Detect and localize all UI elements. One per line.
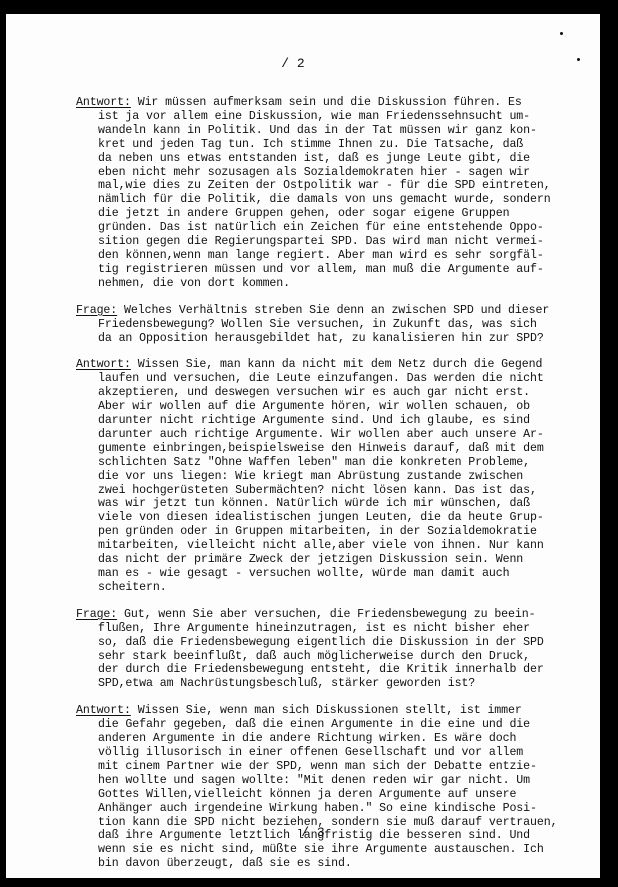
first-line-text: Wir müssen aufmerksam sein und die Disku…: [131, 96, 522, 109]
text-line: Gottes Willen,vielleicht können ja deren…: [76, 788, 606, 802]
text-line: den können,wenn man lange regiert. Aber …: [76, 249, 606, 263]
text-line: das nicht der primäre Zweck der jetzigen…: [76, 553, 606, 567]
scan-speck: [577, 58, 580, 61]
text-line: bin davon überzeugt, daß sie es sind.: [76, 857, 606, 871]
first-line: Frage: Welches Verhältnis streben Sie de…: [76, 304, 606, 318]
text-line: mal,wie dies zu Zeiten der Ostpolitik wa…: [76, 179, 606, 193]
first-line-text: Welches Verhältnis streben Sie denn an z…: [117, 304, 549, 317]
speaker-label: Frage:: [76, 608, 117, 621]
text-line: da neben uns etwas entstanden ist, daß e…: [76, 152, 606, 166]
text-line: SPD,etwa am Nachrüstungsbeschluß, stärke…: [76, 677, 606, 691]
text-line: ist ja vor allem eine Diskussion, wie ma…: [76, 110, 606, 124]
text-line: darunter nicht richtige Argumente sind. …: [76, 414, 606, 428]
text-line: da an Opposition herausgebildet hat, zu …: [76, 332, 606, 346]
text-line: völlig illusorisch in einer offenen Gese…: [76, 746, 606, 760]
text-line: nämlich für die Politik, die damals von …: [76, 193, 606, 207]
text-line: wandeln kann in Politik. Und das in der …: [76, 124, 606, 138]
first-line-text: Wissen Sie, man kann da nicht mit dem Ne…: [131, 358, 542, 371]
text-line: sition gegen die Regierungspartei SPD. D…: [76, 235, 606, 249]
first-line-text: Wissen Sie, wenn man sich Diskussionen s…: [131, 704, 522, 717]
text-line: laufen und versuchen, die Leute einzufan…: [76, 372, 606, 386]
scanned-page: / 2 Antwort: Wir müssen aufmerksam sein …: [6, 14, 600, 878]
text-line: gumente einbringen,beispielsweise den Hi…: [76, 442, 606, 456]
interview-transcript: Antwort: Wir müssen aufmerksam sein und …: [76, 96, 606, 884]
text-line: scheitern.: [76, 581, 606, 595]
text-line: man es - wie gesagt - versuchen wollte, …: [76, 567, 606, 581]
transcript-block: Antwort: Wissen Sie, man kann da nicht m…: [76, 358, 606, 594]
text-line: tig registrieren müssen und vor allem, m…: [76, 263, 606, 277]
text-line: akzeptieren, und deswegen versuchen wir …: [76, 386, 606, 400]
text-line: eben nicht mehr sozusagen als Sozialdemo…: [76, 166, 606, 180]
text-line: Aber wir wollen auf die Argumente hören,…: [76, 400, 606, 414]
text-line: nehmen, die von dort kommen.: [76, 277, 606, 291]
text-line: zwei hochgerüsteten Subermächten? nicht …: [76, 484, 606, 498]
text-line: darunter auch richtige Argumente. Wir wo…: [76, 428, 606, 442]
text-line: mit cinem Partner wie der SPD, wenn man …: [76, 760, 606, 774]
text-line: viele von diesen idealistischen jungen L…: [76, 511, 606, 525]
text-line: so, daß die Friedensbewegung eigentlich …: [76, 636, 606, 650]
speaker-label: Antwort:: [76, 358, 131, 371]
text-line: die jetzt in andere Gruppen gehen, oder …: [76, 207, 606, 221]
transcript-block: Frage: Gut, wenn Sie aber versuchen, die…: [76, 608, 606, 691]
text-line: anderen Argumente in die andere Richtung…: [76, 732, 606, 746]
first-line: Antwort: Wissen Sie, wenn man sich Disku…: [76, 704, 606, 718]
scan-speck: [560, 32, 563, 35]
transcript-block: Antwort: Wir müssen aufmerksam sein und …: [76, 96, 606, 291]
text-line: gründen. Das ist natürlich ein Zeichen f…: [76, 221, 606, 235]
first-line-text: Gut, wenn Sie aber versuchen, die Friede…: [117, 608, 535, 621]
speaker-label: Antwort:: [76, 96, 131, 109]
text-line: was wir jetzt tun können. Natürlich würd…: [76, 497, 606, 511]
text-line: sehr stark beeinflußt, daß auch mögliche…: [76, 650, 606, 664]
text-line: die Gefahr gegeben, daß die einen Argume…: [76, 718, 606, 732]
first-line: Antwort: Wissen Sie, man kann da nicht m…: [76, 358, 606, 372]
text-line: pen gründen oder in Gruppen mitarbeiten,…: [76, 525, 606, 539]
text-line: wenn sie es nicht sind, müßte sie ihre A…: [76, 843, 606, 857]
speaker-label: Frage:: [76, 304, 117, 317]
text-line: Anhänger auch irgendeine Wirkung haben."…: [76, 802, 606, 816]
page-header-number: / 2: [0, 56, 590, 71]
text-line: Friedensbewegung? Wollen Sie versuchen, …: [76, 318, 606, 332]
first-line: Frage: Gut, wenn Sie aber versuchen, die…: [76, 608, 606, 622]
transcript-block: Frage: Welches Verhältnis streben Sie de…: [76, 304, 606, 346]
text-line: der durch die Friedensbewegung entsteht,…: [76, 663, 606, 677]
text-line: flußen, Ihre Argumente hineinzutragen, i…: [76, 622, 606, 636]
text-line: die vor uns liegen: Wie kriegt man Abrüs…: [76, 470, 606, 484]
text-line: schlichten Satz "Ohne Waffen leben" man …: [76, 456, 606, 470]
text-line: hen wollte und sagen wollte: "Mit denen …: [76, 774, 606, 788]
first-line: Antwort: Wir müssen aufmerksam sein und …: [76, 96, 606, 110]
transcript-block: Antwort: Wissen Sie, wenn man sich Disku…: [76, 704, 606, 871]
text-line: mitarbeiten, vielleicht nicht alle,aber …: [76, 539, 606, 553]
text-line: kret und jeden Tag tun. Ich stimme Ihnen…: [76, 138, 606, 152]
speaker-label: Antwort:: [76, 704, 131, 717]
page-footer-number: / 3: [16, 825, 610, 840]
